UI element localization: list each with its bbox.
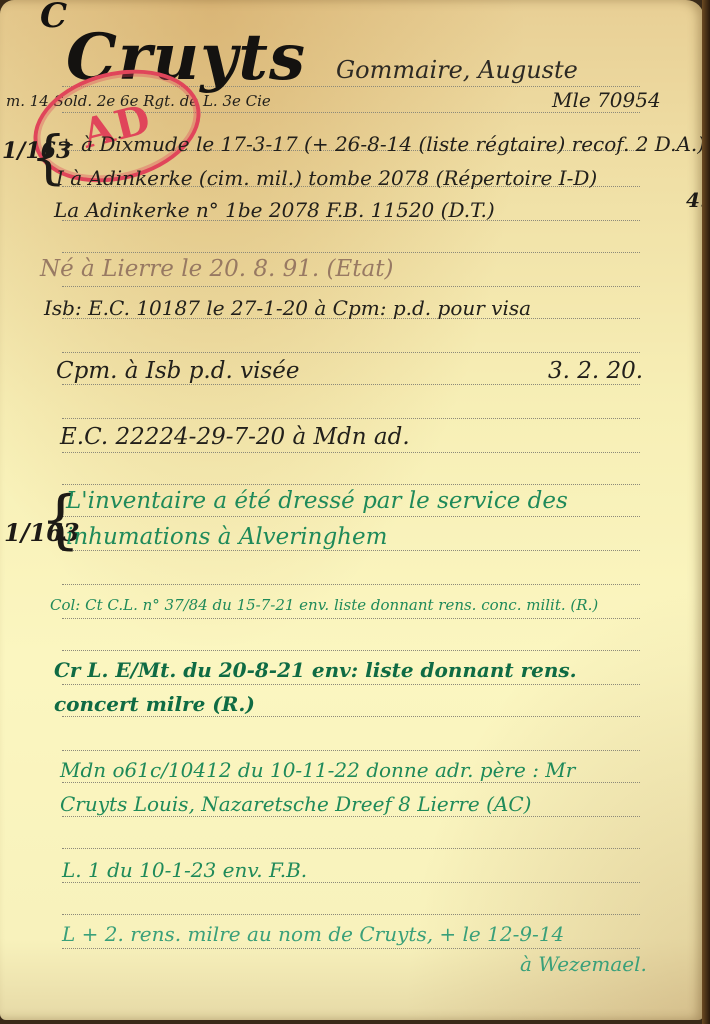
matricule-number: Mle 70954 <box>552 88 661 112</box>
ruled-line <box>62 914 640 915</box>
given-names: Gommaire, Auguste <box>336 56 578 84</box>
entry-cpm: Cpm. à Isb p.d. visée <box>56 358 299 384</box>
inventory-line-2: inhumations à Alveringhem <box>66 524 387 550</box>
ruled-line <box>62 584 640 585</box>
ruled-line <box>62 882 640 883</box>
ruled-line <box>62 352 640 353</box>
ruled-line <box>62 384 640 385</box>
ruled-line <box>62 650 640 651</box>
death-line-1: + à Dixmude le 17-3-17 (+ 26-8-14 (liste… <box>58 132 705 156</box>
surname-initial-flourish: C <box>40 0 68 36</box>
entry-mdn-line-2: Cruyts Louis, Nazaretsche Dreef 8 Lierre… <box>60 792 531 816</box>
entry-l1: L. 1 du 10-1-23 env. F.B. <box>62 858 307 882</box>
ruled-line <box>62 848 640 849</box>
entry-cr-line-2: concert milre (R.) <box>54 692 255 716</box>
ruled-line <box>62 550 640 551</box>
entry-col: Col: Ct C.L. n° 37/84 du 15-7-21 env. li… <box>50 596 598 614</box>
birth-line: Né à Lierre le 20. 8. 91. (Etat) <box>40 256 393 282</box>
entry-mdn-line-1: Mdn o61c/10412 du 10-11-22 donne adr. pè… <box>60 758 575 782</box>
archival-index-card: C Cruyts Gommaire, Auguste m. 14 Sold. 2… <box>0 0 704 1020</box>
entry-cr-line-1: Cr L. E/Mt. du 20-8-21 env: liste donnan… <box>54 658 577 682</box>
ruled-line <box>62 684 640 685</box>
ruled-line <box>62 516 640 517</box>
ruled-line <box>62 418 640 419</box>
card-edge-shadow <box>702 0 710 1024</box>
entry-cpm-date: 3. 2. 20. <box>548 358 643 384</box>
entry-lp2-line-1: L + 2. rens. milre au nom de Cruyts, + l… <box>62 922 564 946</box>
entry-ec: E.C. 22224-29-7-20 à Mdn ad. <box>60 424 410 450</box>
death-line-2: I à Adinkerke (cim. mil.) tombe 2078 (Ré… <box>56 166 597 190</box>
entry-lp2-line-2: à Wezemael. <box>520 952 647 976</box>
ruled-line <box>62 618 640 619</box>
entry-isb: Isb: E.C. 10187 le 27-1-20 à Cpm: p.d. p… <box>44 296 531 320</box>
ruled-line <box>62 948 640 949</box>
ruled-line <box>62 782 640 783</box>
ruled-line <box>62 716 640 717</box>
ruled-line <box>62 816 640 817</box>
ruled-line <box>62 286 640 287</box>
death-line-3: La Adinkerke n° 1be 2078 F.B. 11520 (D.T… <box>54 198 495 222</box>
ruled-line <box>62 252 640 253</box>
inventory-line-1: L'inventaire a été dressé par le service… <box>66 488 568 514</box>
ruled-line <box>62 484 640 485</box>
ruled-line <box>62 750 640 751</box>
ruled-line <box>62 452 640 453</box>
